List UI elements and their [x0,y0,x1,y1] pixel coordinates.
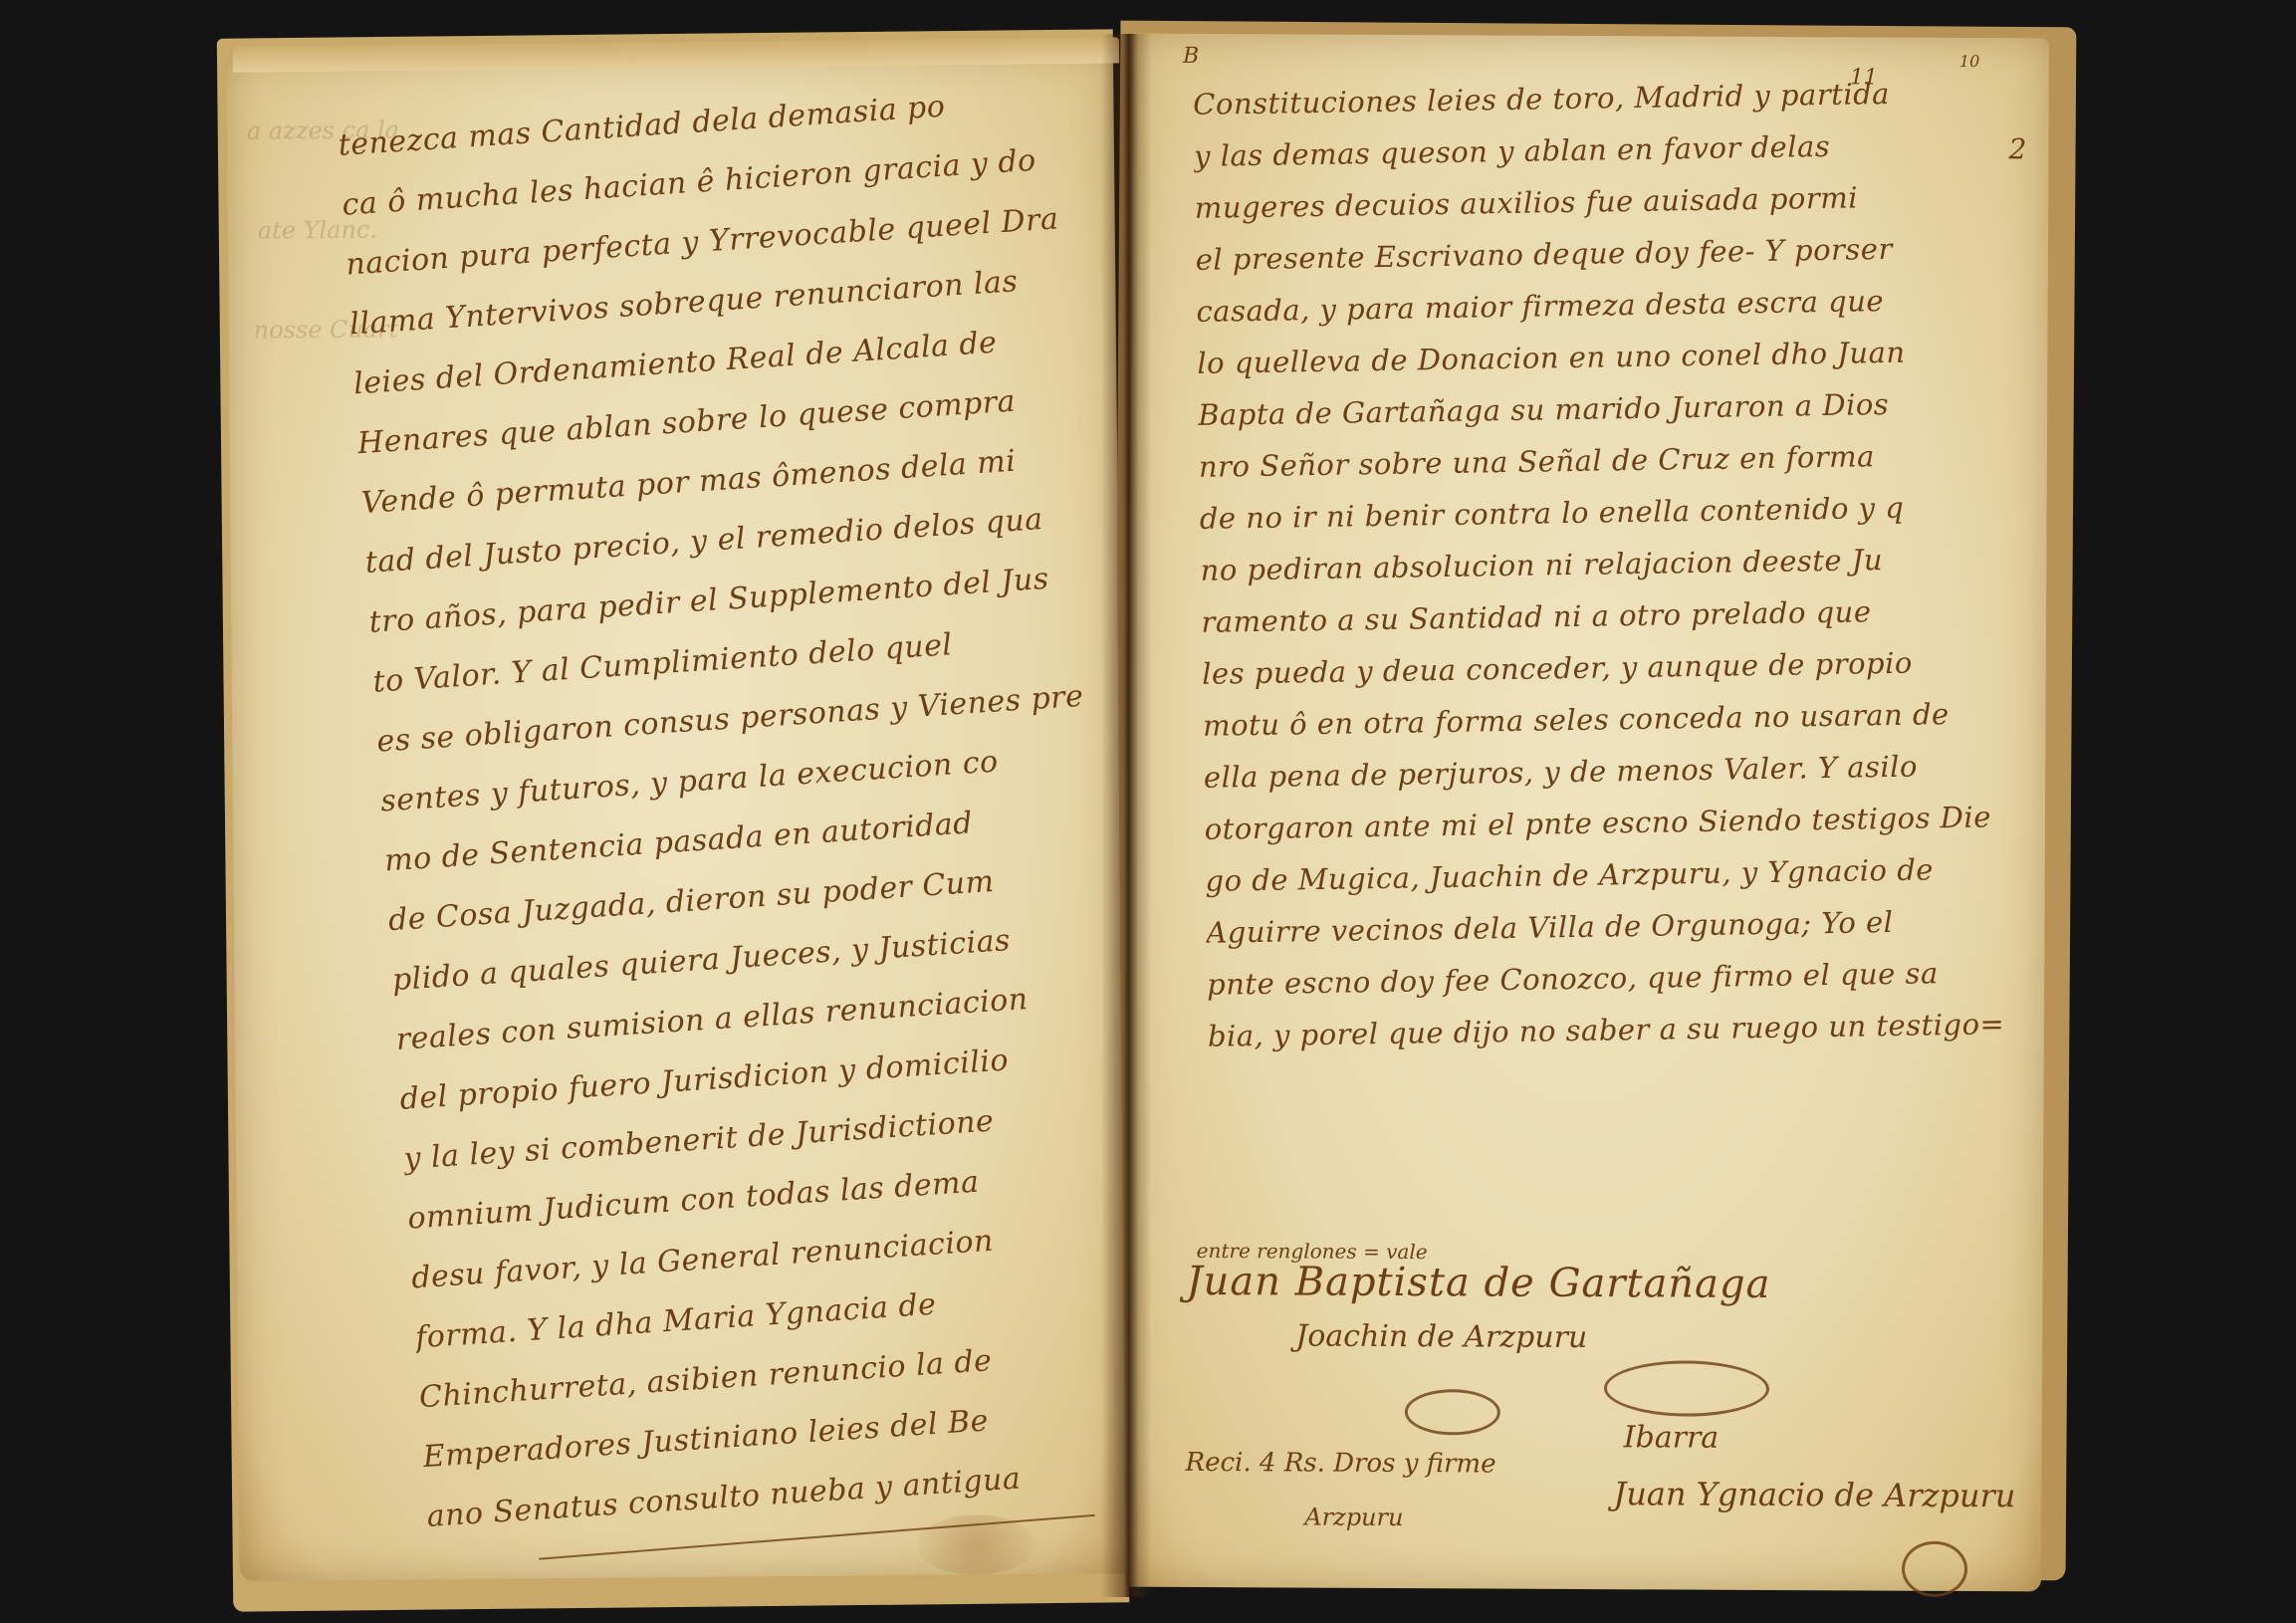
signature-flourish [1902,1541,1967,1597]
signature-block: entre renglones = vale Juan Baptista de … [1185,1239,2023,1571]
signature-juan-baptista: Juan Baptista de Gartañaga [1186,1259,1770,1307]
left-page-text: tenezca mas Cantidad dela demasia po ca … [337,68,1184,1547]
left-page: a azzes ca la ate Ylanc. nosse Cuart ten… [226,50,1125,1581]
right-page-text: Constituciones leies de toro, Madrid y p… [1193,66,2044,1062]
right-page: B 11 10 2 Constituciones leies de toro, … [1125,34,2049,1592]
signature-ibarra: Ibarra [1624,1420,1720,1455]
signature-flourish [1405,1389,1500,1436]
folio-mark-left: B [1183,44,1199,69]
signature-flourish [1604,1360,1769,1417]
signature-joachin: Joachin de Arzpuru [1295,1318,1587,1355]
receipt-note: Reci. 4 Rs. Dros y firme [1185,1448,1495,1480]
book-gutter [1101,34,1151,1597]
signature-arzpuru: Arzpuru [1304,1504,1403,1532]
open-book: a azzes ca la ate Ylanc. nosse Cuart ten… [225,14,2071,1607]
signature-juan-ygnacio: Juan Ygnacio de Arzpuru [1613,1475,2015,1514]
